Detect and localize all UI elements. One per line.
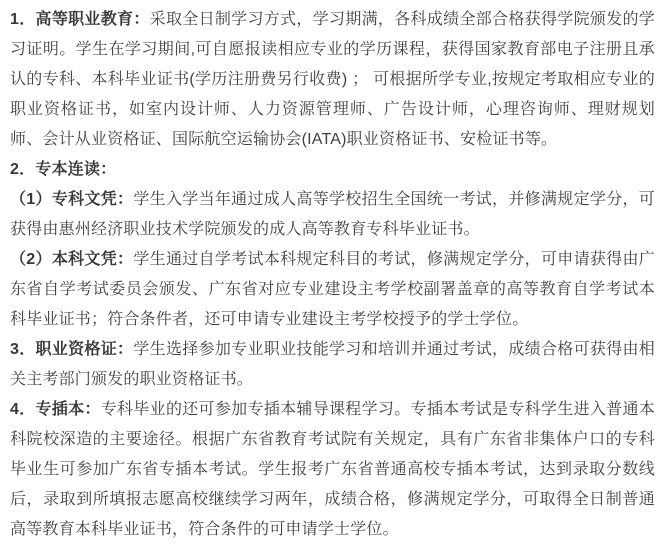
paragraph-zhuanchaben: 4．专插本：专科毕业的还可参加专插本辅导课程学习。专插本考试是专科学生进入普通本… [10,395,655,545]
paragraph-heading: 1．高等职业教育： [10,11,150,28]
education-info-document: 1．高等职业教育：采取全日制学习方式，学习期满，各科成绩全部合格获得学院颁发的学… [0,0,664,545]
paragraph-college-bachelor-continuous: 2．专本连读： [10,155,655,185]
paragraph-heading: 2．专本连读： [10,161,116,178]
paragraph-body: 采取全日制学习方式，学习期满，各科成绩全部合格获得学院颁发的学习证明。学生在学习… [10,11,655,148]
paragraph-body: 专科毕业的还可参加专插本辅导课程学习。专插本考试是专科学生进入普通本科院校深造的… [10,401,655,538]
paragraph-associate-diploma: （1）专科文凭：学生入学当年通过成人高等学校招生全国统一考试，并修满规定学分，可… [10,185,655,245]
paragraph-higher-vocational-education: 1．高等职业教育：采取全日制学习方式，学习期满，各科成绩全部合格获得学院颁发的学… [10,5,655,155]
paragraph-heading: （2）本科文凭： [10,251,133,268]
paragraph-heading: （1）专科文凭： [10,191,133,208]
paragraph-vocational-qualification: 3．职业资格证：学生选择参加专业职业技能学习和培训并通过考试，成绩合格可获得由相… [10,335,655,395]
paragraph-heading: 3．职业资格证： [10,341,133,358]
paragraph-bachelor-diploma: （2）本科文凭：学生通过自学考试本科规定科目的考试，修满规定学分，可申请获得由广… [10,245,655,335]
paragraph-heading: 4．专插本： [10,401,101,418]
